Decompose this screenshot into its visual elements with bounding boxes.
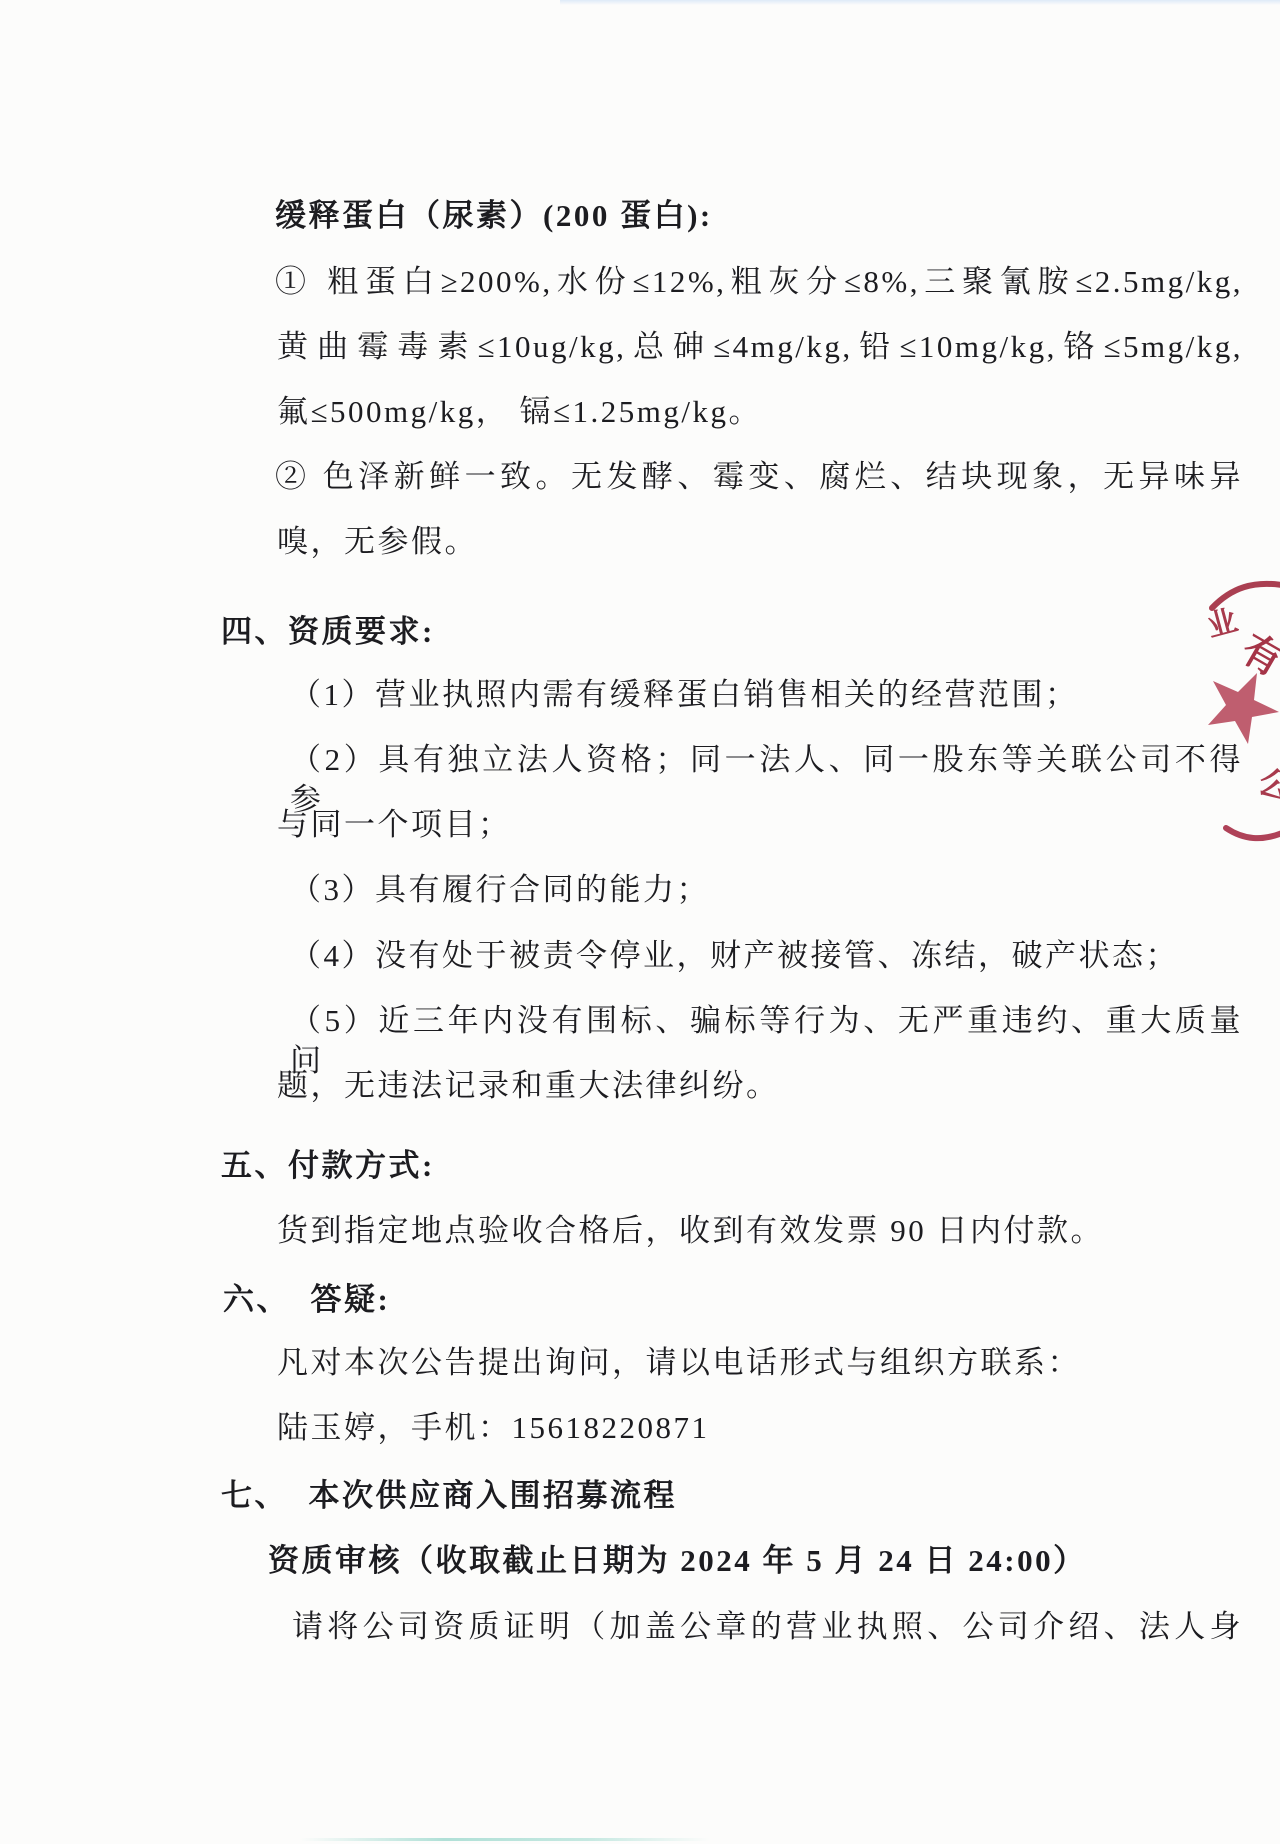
company-seal-stamp: 业 有 公 bbox=[1192, 572, 1280, 850]
scan-edge-tint bbox=[560, 0, 1280, 5]
section-7-heading: 七、 本次供应商入围招募流程 bbox=[221, 1476, 677, 1516]
spec-item-2-line-1: ② 色泽新鲜一致。无发酵、霉变、腐烂、结块现象，无异味异 bbox=[275, 457, 1243, 497]
seal-char-ye: 业 bbox=[1204, 604, 1242, 644]
qualification-item-4: （4）没有处于被责令停业，财产被接管、冻结，破产状态； bbox=[290, 936, 1179, 976]
seal-bottom-arc bbox=[1226, 828, 1280, 838]
seal-char-partial: 公 bbox=[1253, 763, 1280, 810]
seal-top-arc bbox=[1212, 584, 1280, 608]
spec-item-1-line-1: ① 粗蛋白≥200%,水份≤12%,粗灰分≤8%,三聚氰胺≤2.5mg/kg, bbox=[275, 262, 1243, 302]
section-5-heading: 五、付款方式: bbox=[221, 1146, 435, 1186]
spec-item-1-line-2: 黄曲霉毒素≤10ug/kg,总砷≤4mg/kg,铅≤10mg/kg,铬≤5mg/… bbox=[277, 327, 1243, 367]
section-4-heading: 四、资质要求: bbox=[221, 612, 435, 652]
spec-item-2-line-2: 嗅，无参假。 bbox=[277, 522, 478, 562]
submission-instruction-line: 请将公司资质证明（加盖公章的营业执照、公司介绍、法人身 bbox=[292, 1607, 1243, 1647]
scan-artifact-line bbox=[300, 1838, 710, 1841]
inquiry-instruction-text: 凡对本次公告提出询问，请以电话形式与组织方联系： bbox=[277, 1343, 1081, 1383]
qualification-item-5-line-2: 题，无违法记录和重大法律纠纷。 bbox=[277, 1066, 780, 1106]
spec-item-1-line-3: 氟≤500mg/kg， 镉≤1.25mg/kg。 bbox=[277, 392, 762, 432]
spec-title: 缓释蛋白（尿素）(200 蛋白): bbox=[275, 196, 713, 236]
scanned-document-page: 缓释蛋白（尿素）(200 蛋白): ① 粗蛋白≥200%,水份≤12%,粗灰分≤… bbox=[0, 0, 1280, 1844]
contact-name-phone: 陆玉婷，手机：15618220871 bbox=[277, 1408, 710, 1448]
payment-terms-text: 货到指定地点验收合格后，收到有效发票 90 日内付款。 bbox=[277, 1211, 1104, 1251]
qualification-item-3: （3）具有履行合同的能力； bbox=[290, 870, 710, 910]
section-6-heading: 六、 答疑: bbox=[223, 1280, 390, 1320]
qualification-item-1: （1）营业执照内需有缓释蛋白销售相关的经营范围； bbox=[290, 675, 1079, 715]
qualification-review-deadline: 资质审核（收取截止日期为 2024 年 5 月 24 日 24:00） bbox=[268, 1541, 1087, 1581]
qualification-item-2-line-2: 与同一个项目； bbox=[277, 805, 512, 845]
